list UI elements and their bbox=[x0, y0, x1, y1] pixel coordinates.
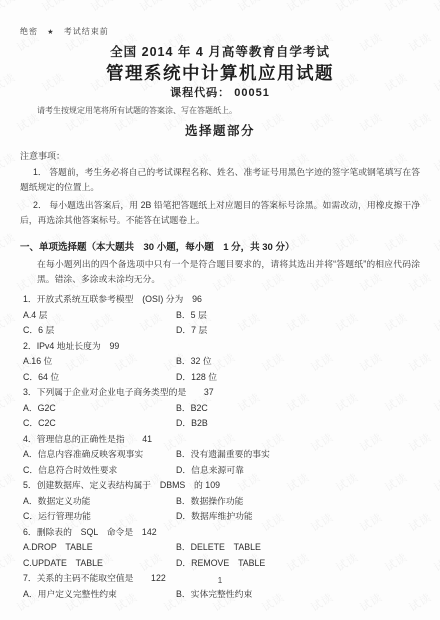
watermark-text: 试读 bbox=[186, 0, 215, 15]
question-1: 1．开放式系统互联参考模型 (OSI) 分为 96 A.4 层 B．5 层 C．… bbox=[20, 292, 420, 339]
option-a: A．用户定义完整性约束 bbox=[23, 587, 176, 603]
watermark-text: 试读 bbox=[431, 549, 440, 575]
option-a: A.4 层 bbox=[23, 308, 176, 324]
question-stem: 5．创建数据库、定义表结构属于 DBMS 的 109 bbox=[23, 478, 420, 494]
exam-title: 管理系统中计算机应用试题 bbox=[20, 62, 420, 84]
page-content: 绝密 ★ 考试结束前 全国 2014 年 4 月高等教育自学考试 管理系统中计算… bbox=[20, 26, 420, 602]
option-b: B．没有遗漏重要的事实 bbox=[176, 447, 420, 463]
question-options: A．用户定义完整性约束 B．实体完整性约束 bbox=[23, 587, 420, 603]
exam-paper-page: 试读试读试读试读试读试读试读试读试读试读试读试读试读试读试读试读试读试读试读试读… bbox=[0, 0, 440, 620]
notice-item-1: 1． 答题前，考生务必将自己的考试课程名称、姓名、准考证号用黑色字迹的签字笔或钢… bbox=[20, 165, 420, 195]
option-d: D．B2B bbox=[176, 416, 420, 432]
watermark-text: 试读 bbox=[333, 0, 362, 15]
watermark-text: 试读 bbox=[235, 0, 264, 15]
question-2: 2．IPv4 地址长度为 99 A.16 位 B．32 位 C．64 位 D．1… bbox=[20, 339, 420, 386]
option-c: C.UPDATE TABLE bbox=[23, 556, 176, 572]
answer-instruction: 请考生按规定用笔将所有试题的答案涂、写在答题纸上。 bbox=[20, 106, 420, 116]
option-a: A.16 位 bbox=[23, 354, 176, 370]
watermark-text: 试读 bbox=[88, 0, 117, 15]
star-icon: ★ bbox=[47, 29, 54, 36]
option-a: A．信息内容准确反映客观事实 bbox=[23, 447, 176, 463]
option-b: B．5 层 bbox=[176, 308, 420, 324]
course-code-label: 课程代码： bbox=[170, 87, 230, 99]
option-d: D．数据库维护功能 bbox=[176, 509, 420, 525]
question-stem: 4．管理信息的正确性是指 41 bbox=[23, 432, 420, 448]
question-6: 6．删除表的 SQL 命令是 142 A.DROP TABLE B．DELETE… bbox=[20, 525, 420, 572]
watermark-text: 试读 bbox=[431, 0, 440, 15]
security-note: 考试结束前 bbox=[64, 27, 109, 36]
question-5: 5．创建数据库、定义表结构属于 DBMS 的 109 A．数据定义功能 B．数据… bbox=[20, 478, 420, 525]
question-stem: 3．下列属于企业对企业电子商务类型的是 37 bbox=[23, 385, 420, 401]
question-options: A．G2C B．B2C C．C2C D．B2B bbox=[23, 401, 420, 432]
watermark-text: 试读 bbox=[0, 389, 18, 415]
watermark-text: 试读 bbox=[0, 469, 18, 495]
watermark-text: 试读 bbox=[0, 149, 18, 175]
option-c: C．运行管理功能 bbox=[23, 509, 176, 525]
security-label: 绝密 bbox=[20, 27, 38, 36]
notices-heading: 注意事项： bbox=[20, 150, 420, 162]
option-a: A．G2C bbox=[23, 401, 176, 417]
option-b: B．数据操作功能 bbox=[176, 494, 420, 510]
question-options: A．数据定义功能 B．数据操作功能 C．运行管理功能 D．数据库维护功能 bbox=[23, 494, 420, 525]
question-4: 4．管理信息的正确性是指 41 A．信息内容准确反映客观事实 B．没有遗漏重要的… bbox=[20, 432, 420, 479]
option-b: B．B2C bbox=[176, 401, 420, 417]
question-options: A.DROP TABLE B．DELETE TABLE C.UPDATE TAB… bbox=[23, 540, 420, 571]
watermark-text: 试读 bbox=[431, 229, 440, 255]
watermark-text: 试读 bbox=[382, 0, 411, 15]
option-b: B．32 位 bbox=[176, 354, 420, 370]
watermark-text: 试读 bbox=[431, 149, 440, 175]
option-c: C．6 层 bbox=[23, 323, 176, 339]
watermark-text: 试读 bbox=[0, 229, 18, 255]
watermark-text: 试读 bbox=[431, 469, 440, 495]
course-code-line: 课程代码： 00051 bbox=[20, 86, 420, 100]
watermark-text: 试读 bbox=[431, 389, 440, 415]
question-list: 1．开放式系统互联参考模型 (OSI) 分为 96 A.4 层 B．5 层 C．… bbox=[20, 292, 420, 602]
watermark-text: 试读 bbox=[431, 309, 440, 335]
page-number: 1 bbox=[0, 576, 440, 585]
question-3: 3．下列属于企业对企业电子商务类型的是 37 A．G2C B．B2C C．C2C… bbox=[20, 385, 420, 432]
option-c: C．信息符合时效性要求 bbox=[23, 463, 176, 479]
section-title: 选择题部分 bbox=[20, 123, 420, 139]
question-stem: 2．IPv4 地址长度为 99 bbox=[23, 339, 420, 355]
option-b: B．DELETE TABLE bbox=[176, 540, 420, 556]
question-options: A.4 层 B．5 层 C．6 层 D．7 层 bbox=[23, 308, 420, 339]
option-d: D．128 位 bbox=[176, 370, 420, 386]
option-a: A．数据定义功能 bbox=[23, 494, 176, 510]
exam-session-title: 全国 2014 年 4 月高等教育自学考试 bbox=[20, 45, 420, 60]
notice-item-2: 2． 每小题选出答案后，用 2B 铅笔把答题纸上对应题目的答案标号涂黑。如需改动… bbox=[20, 198, 420, 228]
option-b: B．实体完整性约束 bbox=[176, 587, 420, 603]
watermark-text: 试读 bbox=[137, 0, 166, 15]
question-options: A.16 位 B．32 位 C．64 位 D．128 位 bbox=[23, 354, 420, 385]
option-c: C．C2C bbox=[23, 416, 176, 432]
watermark-text: 试读 bbox=[431, 69, 440, 95]
option-a: A.DROP TABLE bbox=[23, 540, 176, 556]
section-one-heading: 一、单项选择题（本大题共 30 小题，每小题 1 分，共 30 分） bbox=[20, 241, 420, 254]
security-line: 绝密 ★ 考试结束前 bbox=[20, 26, 420, 37]
question-stem: 1．开放式系统互联参考模型 (OSI) 分为 96 bbox=[23, 292, 420, 308]
watermark-text: 试读 bbox=[284, 0, 313, 15]
question-options: A．信息内容准确反映客观事实 B．没有遗漏重要的事实 C．信息符合时效性要求 D… bbox=[23, 447, 420, 478]
course-code-value: 00051 bbox=[234, 87, 270, 99]
question-stem: 6．删除表的 SQL 命令是 142 bbox=[23, 525, 420, 541]
option-d: D．REMOVE TABLE bbox=[176, 556, 420, 572]
option-c: C．64 位 bbox=[23, 370, 176, 386]
option-d: D．7 层 bbox=[176, 323, 420, 339]
watermark-text: 试读 bbox=[0, 309, 18, 335]
notices-block: 注意事项： 1． 答题前，考生务必将自己的考试课程名称、姓名、准考证号用黑色字迹… bbox=[20, 150, 420, 228]
watermark-text: 试读 bbox=[0, 0, 18, 15]
watermark-text: 试读 bbox=[0, 549, 18, 575]
option-d: D．信息来源可靠 bbox=[176, 463, 420, 479]
section-one-note: 在每小题列出的四个备选项中只有一个是符合题目要求的，请将其选出并将“答题纸”的相… bbox=[37, 257, 420, 287]
watermark-text: 试读 bbox=[39, 0, 68, 15]
watermark-text: 试读 bbox=[0, 69, 18, 95]
